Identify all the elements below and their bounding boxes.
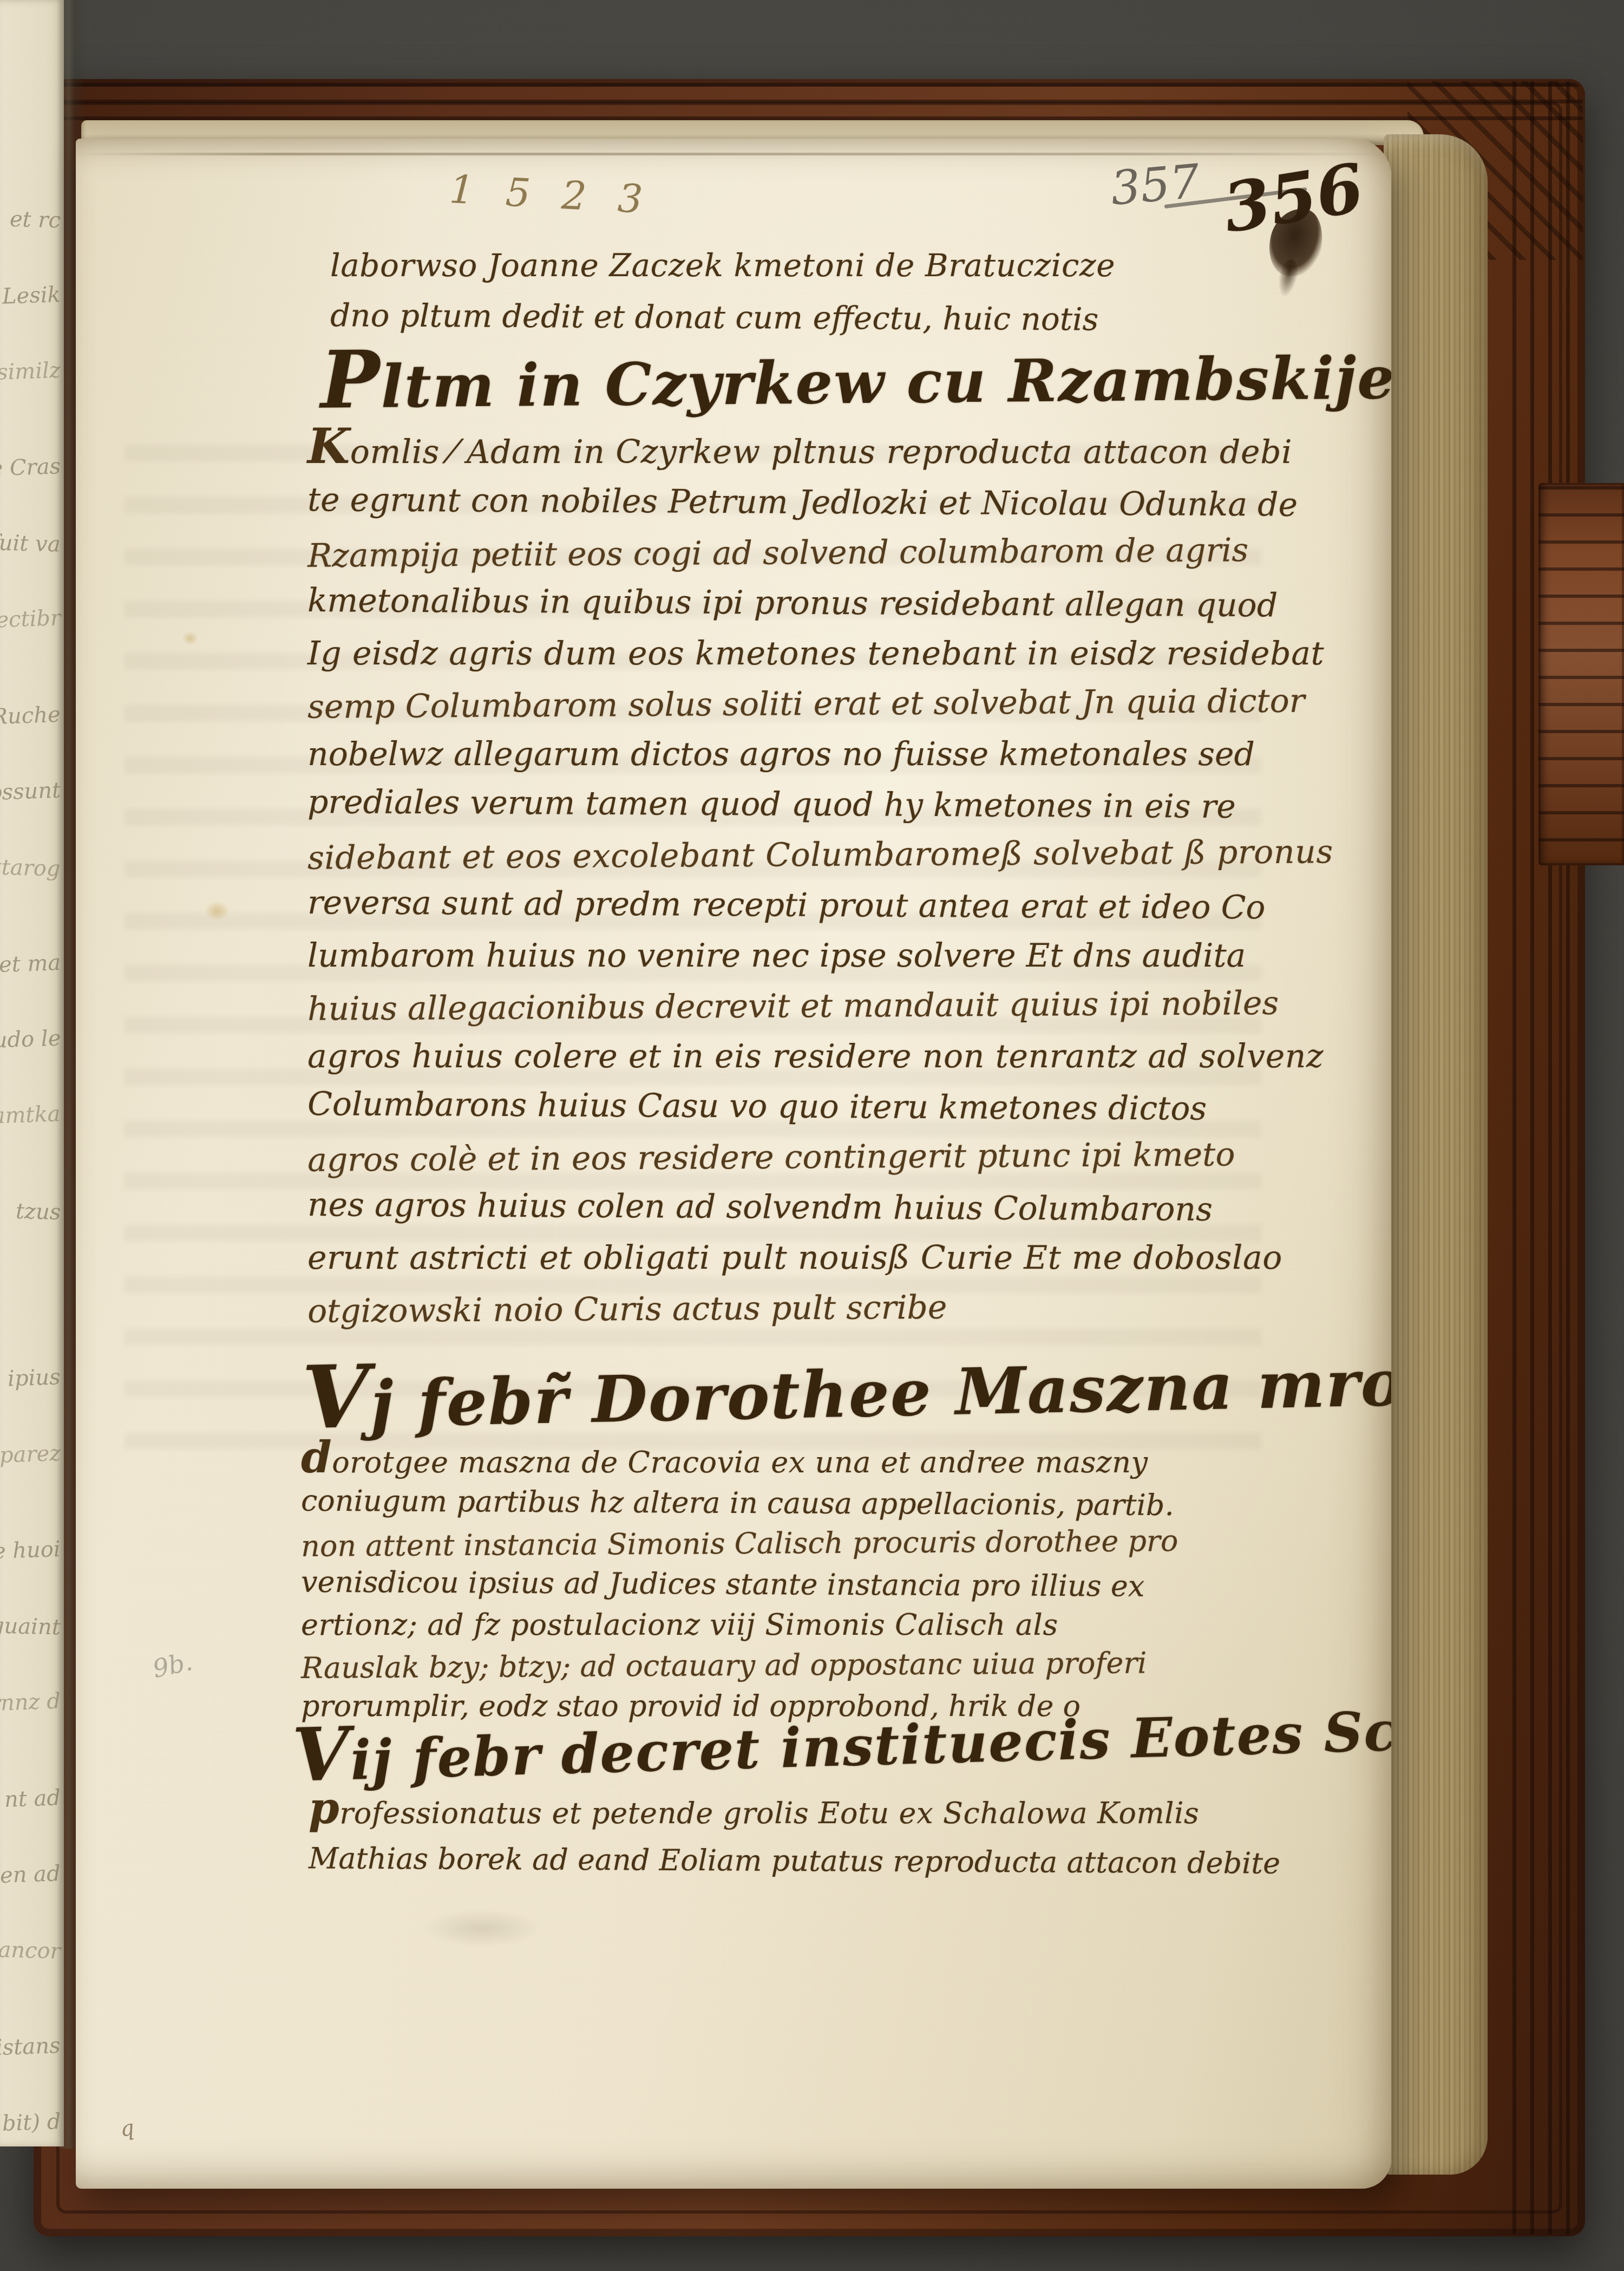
manuscript-line: venisdicou ipsius ad Judices stante inst… xyxy=(301,1562,1178,1607)
facing-page-line-fragment: rnnz d xyxy=(0,1688,61,1717)
manuscript-line: Komlis ⁄ Adam in Czyrkew pltnus reproduc… xyxy=(307,421,1333,478)
facing-page-line-fragment: et ma xyxy=(0,950,61,978)
manuscript-line: Columbarons huius Casu vo quo iteru kmet… xyxy=(307,1079,1333,1135)
facing-page-line-fragment: de Cras xyxy=(0,453,61,482)
facing-page-line-fragment: hudo le xyxy=(0,1025,61,1054)
entry-body-1: Komlis ⁄ Adam in Czyrkew pltnus reproduc… xyxy=(307,421,1333,1334)
facing-page-line-fragment: ne ipius xyxy=(0,1364,61,1393)
manuscript-recto-page: 1523 357 356 laborwso Joanne Zaczek kmet… xyxy=(76,139,1391,2189)
facing-page-line-fragment: efectibr xyxy=(0,605,61,634)
year-inscription: 1523 xyxy=(448,166,675,224)
facing-page-line-fragment: tzus xyxy=(15,1198,61,1225)
cover-tooling-right xyxy=(1498,81,1583,2234)
entry-body-2: dorotgee maszna de Cracovia ex una et an… xyxy=(301,1437,1178,1726)
manuscript-line: prediales verum tamen quod quod hy kmeto… xyxy=(307,777,1333,833)
manuscript-line: lumbarom huius no venire nec ipse solver… xyxy=(307,931,1333,981)
facing-page-line-fragment: fuit va xyxy=(0,530,61,557)
manuscript-line: nes agros huius colen ad solvendm huius … xyxy=(307,1180,1333,1236)
manuscript-line: Mathias borek ad eand Eoliam putatus rep… xyxy=(309,1835,1281,1887)
facing-page-text-fragments: et rcLesiksimilzde Crasfuit vaefectibrRu… xyxy=(0,207,64,2146)
facing-page-line-fragment: stamtka xyxy=(0,1101,61,1130)
manuscript-scan: et rcLesiksimilzde Crasfuit vaefectibrRu… xyxy=(0,0,1624,2271)
manuscript-line: te egrunt con nobiles Petrum Jedlozki et… xyxy=(307,475,1333,531)
manuscript-line: kmetonalibus in quibus ipi pronus reside… xyxy=(307,576,1333,631)
margin-mark-pencil: 9b. xyxy=(150,1647,195,1683)
parchment-stain xyxy=(205,901,230,921)
manuscript-line: laborwso Joanne Zaczek kmetoni de Bratuc… xyxy=(330,239,1115,291)
manuscript-line: Rauslak bzy; btzy; ad octauary ad oppost… xyxy=(301,1642,1178,1688)
facing-page-line-fragment: et rc xyxy=(9,206,61,233)
manuscript-line: Ig eisdz agris dum eos kmetones tenebant… xyxy=(307,629,1333,679)
facing-page-line-fragment: guaint xyxy=(0,1613,61,1640)
folio-number-pencil: 357 xyxy=(1109,154,1202,216)
facing-page-line-fragment: Lesik xyxy=(2,282,61,310)
manuscript-line: agros colè et in eos residere contingeri… xyxy=(307,1129,1333,1186)
bottom-ink-mark: q xyxy=(119,2115,136,2142)
manuscript-line: semp Columbarom solus soliti erat et sol… xyxy=(307,676,1333,733)
page-stack-fore-edge xyxy=(1384,134,1488,2175)
manuscript-line: Rzampija petiit eos cogi ad solvend colu… xyxy=(307,525,1333,582)
facing-page-line-fragment: pssunt xyxy=(0,778,61,806)
manuscript-line: coniugum partibus hz altera in causa app… xyxy=(301,1480,1178,1525)
facing-page-line-fragment: ibi attarog xyxy=(0,853,61,882)
facing-page-line-fragment: ltte huoi xyxy=(0,1536,61,1565)
facing-page-line-fragment: similz xyxy=(0,357,61,386)
parchment-smudge xyxy=(422,1909,541,1947)
manuscript-line: agros huius colere et in eis residere no… xyxy=(307,1032,1333,1082)
manuscript-line: huius allegacionibus decrevit et mandaui… xyxy=(307,978,1333,1035)
facing-page-sliver: et rcLesiksimilzde Crasfuit vaefectibrRu… xyxy=(0,0,64,2146)
facing-page-line-fragment: nt ad xyxy=(4,1785,61,1813)
facing-page-line-fragment: Cancor xyxy=(0,1936,61,1965)
manuscript-line: sidebant et eos excolebant Columbaromeß … xyxy=(307,827,1333,884)
facing-page-line-fragment: bit) d xyxy=(2,2109,61,2137)
manuscript-line: non attent instancia Simonis Calisch pro… xyxy=(301,1520,1178,1567)
facing-page-line-fragment: istans xyxy=(0,2033,61,2061)
manuscript-line: erunt astricti et obligati pult nouisß C… xyxy=(307,1233,1333,1283)
manuscript-line: professionatus et petende grolis Eotu ex… xyxy=(309,1785,1280,1837)
facing-page-line-fragment: parez xyxy=(0,1440,61,1469)
manuscript-line: nobelwz allegarum dictos agros no fuisse… xyxy=(307,729,1333,780)
clasp-strap xyxy=(1538,483,1624,865)
manuscript-line: ertionz; ad fz postulacionz viij Simonis… xyxy=(301,1604,1178,1645)
facing-page-line-fragment: Ruche xyxy=(0,702,61,730)
entry-heading-1: Pltm in Czyrkew cu Rzambskije xyxy=(320,324,1391,426)
manuscript-line: reversa sunt ad predm recepti prout ante… xyxy=(307,878,1333,934)
facing-page-line-fragment: en ad xyxy=(0,1861,61,1889)
entry-body-3: professionatus et petende grolis Eotu ex… xyxy=(309,1785,1280,1885)
parchment-stain xyxy=(182,631,198,645)
manuscript-line: dorotgee maszna de Cracovia ex una et an… xyxy=(301,1437,1178,1483)
